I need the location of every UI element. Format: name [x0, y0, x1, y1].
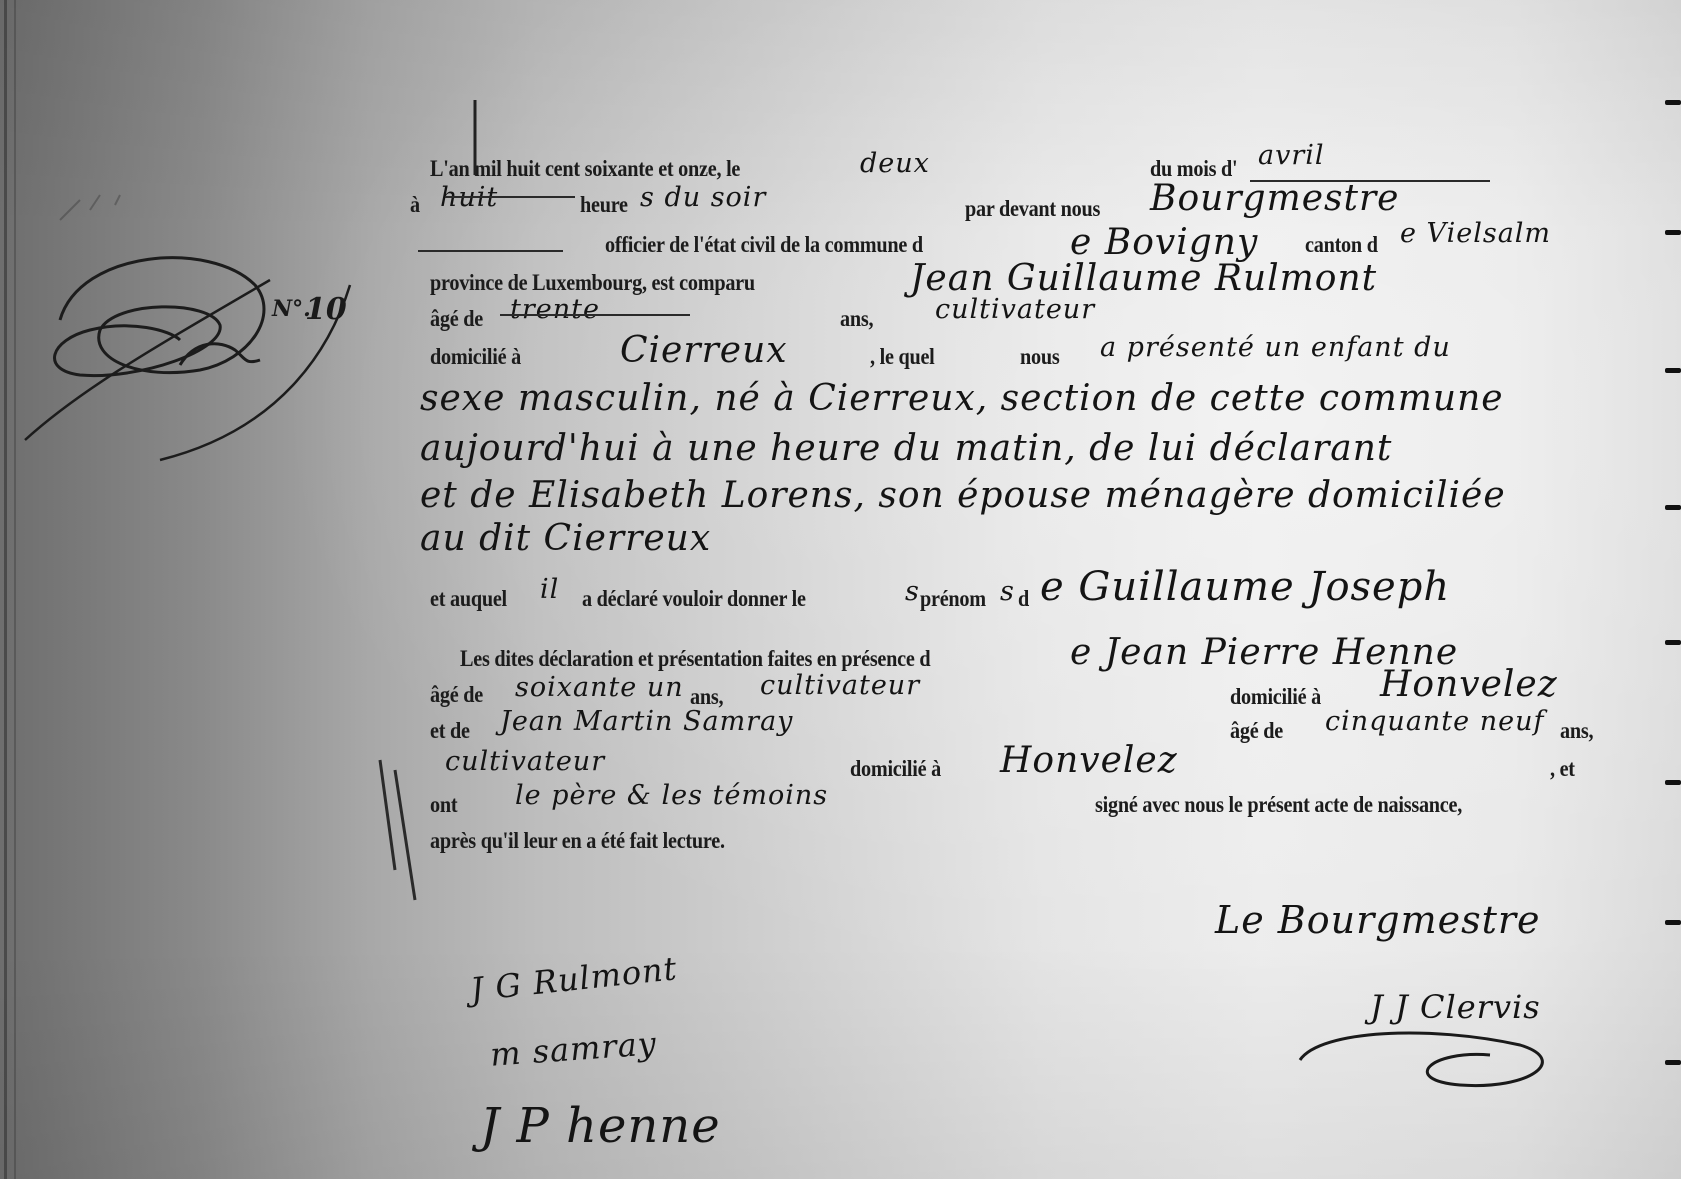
form-text: domicilié à [1230, 684, 1321, 710]
form-text: Les dites déclaration et présentation fa… [460, 646, 930, 672]
form-text: ans, [840, 306, 873, 332]
form-text: officier de l'état civil de la commune d [605, 232, 923, 258]
handwritten-line: au dit Cierreux [420, 518, 711, 559]
handwritten-witness1-domicile: Honvelez [1380, 664, 1558, 705]
right-edge-mark [1665, 505, 1681, 510]
left-binding-line-2 [14, 0, 16, 1179]
left-binding-line [4, 0, 7, 1179]
signature-witness1: J P henne [480, 1098, 721, 1154]
form-text: , le quel [870, 344, 935, 370]
form-text: d [1018, 586, 1029, 612]
handwritten-day: deux [860, 148, 930, 179]
signature-witness2: m samray [489, 1024, 658, 1074]
fill-rule [445, 196, 575, 198]
signature-flourish-icon [1280, 1010, 1600, 1110]
handwritten-text: a présenté un enfant du [1100, 332, 1451, 363]
form-text: signé avec nous le présent acte de naiss… [1095, 792, 1462, 818]
form-text: à [410, 192, 420, 218]
form-text: nous [1020, 344, 1059, 370]
handwritten-occupation: cultivateur [935, 294, 1095, 325]
handwritten-plural: s [905, 576, 920, 607]
form-text: prénom [920, 586, 986, 612]
handwritten-line: aujourd'hui à une heure du matin, de lui… [420, 428, 1392, 469]
handwritten-signers: le père & les témoins [515, 780, 828, 811]
form-text: a déclaré vouloir donner le [582, 586, 806, 612]
right-edge-mark [1665, 640, 1681, 645]
form-text: domicilié à [850, 756, 941, 782]
form-text: canton d [1305, 232, 1378, 258]
handwritten-plural: s [1000, 576, 1015, 607]
fill-rule [418, 250, 563, 252]
handwritten-child-names: e Guillaume Joseph [1040, 564, 1450, 610]
handwritten-witness2-domicile: Honvelez [1000, 740, 1178, 781]
right-edge-mark [1665, 780, 1681, 785]
right-edge-mark [1665, 368, 1681, 373]
form-text: , et [1550, 756, 1575, 782]
right-edge-mark [1665, 230, 1681, 235]
handwritten-witness2-age: cinquante neuf [1325, 706, 1544, 737]
form-text: et auquel [430, 586, 507, 612]
form-text: âgé de [430, 306, 483, 332]
form-text: après qu'il leur en a été fait lecture. [430, 828, 725, 854]
record-number: 10 [305, 292, 347, 327]
form-text: et de [430, 718, 470, 744]
right-edge-mark [1665, 920, 1681, 925]
stray-pen-mark-icon [470, 100, 480, 180]
handwritten-month: avril [1258, 140, 1325, 171]
form-text: domicilié à [430, 344, 521, 370]
handwritten-witness2-occupation: cultivateur [445, 746, 605, 777]
signature-officer-title: Le Bourgmestre [1215, 898, 1541, 942]
right-edge-mark [1665, 1060, 1681, 1065]
handwritten-time: s du soir [640, 182, 766, 213]
handwritten-commune: e Bovigny [1070, 222, 1258, 263]
handwritten-witness2-name: Jean Martin Samray [500, 706, 793, 737]
handwritten-line: sexe masculin, né à Cierreux, section de… [420, 378, 1504, 419]
form-text: province de Luxembourg, est comparu [430, 270, 755, 296]
form-text: par devant nous [965, 196, 1100, 222]
handwritten-age: trente [510, 294, 600, 325]
right-edge-mark [1665, 100, 1681, 105]
signature-father: J G Rulmont [469, 949, 680, 1009]
handwritten-title: Bourgmestre [1150, 178, 1399, 219]
handwritten-canton: e Vielsalm [1400, 218, 1551, 249]
handwritten-father-name: Jean Guillaume Rulmont [910, 258, 1377, 299]
handwritten-witness1-occupation: cultivateur [760, 670, 920, 701]
margin-flourish-icon [20, 190, 380, 490]
form-text: ans, [1560, 718, 1593, 744]
handwritten-witness1-age: soixante un [515, 672, 684, 703]
handwritten-pronoun: il [540, 574, 559, 605]
form-text: heure [580, 192, 628, 218]
handwritten-line: et de Elisabeth Lorens, son épouse ménag… [420, 475, 1506, 516]
stray-pen-marks-icon [370, 750, 450, 910]
form-text: âgé de [1230, 718, 1283, 744]
handwritten-domicile: Cierreux [620, 330, 788, 371]
fill-rule [500, 314, 690, 316]
form-text: âgé de [430, 682, 483, 708]
